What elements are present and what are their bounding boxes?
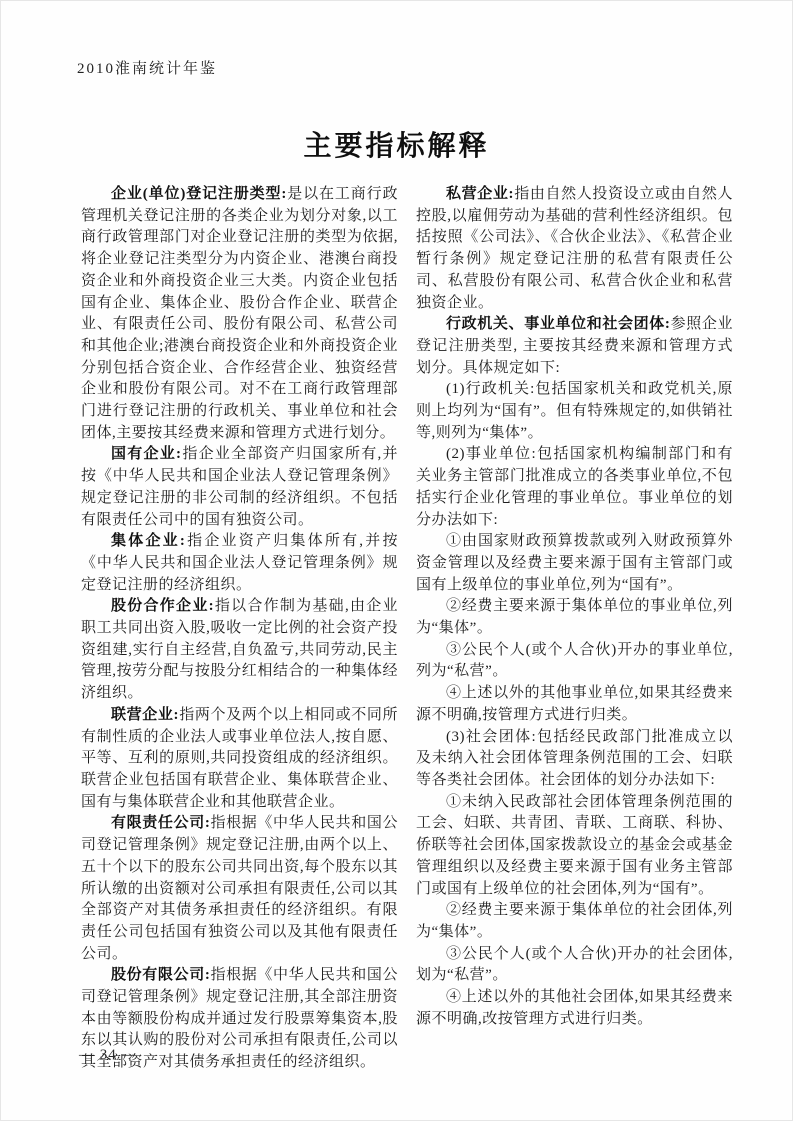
paragraph-heading: 行政机关、事业单位和社会团体: (446, 316, 670, 332)
paragraph: 股份合作企业:指以合作制为基础,由企业职工共同出资入股,吸收一定比例的社会资产投… (81, 596, 398, 705)
paragraph: 企业(单位)登记注册类型:是以在工商行政管理机关登记注册的各类企业为划分对象,以… (81, 184, 398, 444)
paragraph-heading: 股份有限公司: (111, 967, 210, 983)
running-header: 2010淮南统计年鉴 (77, 57, 217, 78)
page-title: 主要指标解释 (1, 124, 792, 164)
left-column: 企业(单位)登记注册类型:是以在工商行政管理机关登记注册的各类企业为划分对象,以… (81, 184, 398, 1074)
paragraph-text: (2)事业单位:包括国家机构编制部门和有关业务主管部门批准成立的各类事业单位,不… (416, 446, 733, 527)
paragraph: (2)事业单位:包括国家机构编制部门和有关业务主管部门批准成立的各类事业单位,不… (416, 444, 733, 531)
paragraph-heading: 私营企业: (446, 186, 514, 202)
paragraph-text: ③公民个人(或个人合伙)开办的社会团体,划为“私营”。 (416, 946, 733, 984)
paragraph-text: 指根据《中华人民共和国公司登记管理条例》规定登记注册,由两个以上、五十个以下的股… (81, 815, 398, 961)
paragraph-text: 是以在工商行政管理机关登记注册的各类企业为划分对象,以工商行政管理部门对企业登记… (81, 186, 398, 441)
right-column: 私营企业:指由自然人投资设立或由自然人控股,以雇佣劳动为基础的营利性经济组织。包… (416, 184, 733, 1074)
paragraph: 联营企业:指两个及两个以上相同或不同所有制性质的企业法人或事业单位法人,按自愿、… (81, 705, 398, 814)
page-number: — 34 — (79, 1047, 138, 1064)
paragraph: ④上述以外的其他社会团体,如果其经费来源不明确,改按管理方式进行归类。 (416, 987, 733, 1030)
paragraph: 国有企业:指企业全部资产归国家所有,并按《中华人民共和国企业法人登记管理条例》规… (81, 444, 398, 531)
paragraph: 集体企业:指企业资产归集体所有,并按《中华人民共和国企业法人登记管理条例》规定登… (81, 531, 398, 596)
paragraph-text: ④上述以外的其他社会团体,如果其经费来源不明确,改按管理方式进行归类。 (416, 989, 733, 1027)
paragraph: ③公民个人(或个人合伙)开办的事业单位,列为“私营”。 (416, 640, 733, 683)
paragraph: ②经费主要来源于集体单位的社会团体,列为“集体”。 (416, 900, 733, 943)
paragraph-heading: 有限责任公司: (111, 815, 210, 831)
paragraph-heading: 股份合作企业: (111, 598, 214, 614)
paragraph-text: ①由国家财政预算拨款或列入财政预算外资金管理以及经费主要来源于国有主管部门或国有… (416, 533, 733, 592)
paragraph: 行政机关、事业单位和社会团体:参照企业登记注册类型, 主要按其经费来源和管理方式… (416, 314, 733, 379)
paragraph: ③公民个人(或个人合伙)开办的社会团体,划为“私营”。 (416, 944, 733, 987)
paragraph: ①由国家财政预算拨款或列入财政预算外资金管理以及经费主要来源于国有主管部门或国有… (416, 531, 733, 596)
paragraph-text: ②经费主要来源于集体单位的事业单位,列为“集体”。 (416, 598, 733, 636)
paragraph-text: 指由自然人投资设立或由自然人控股,以雇佣劳动为基础的营利性经济组织。包括按照《公… (416, 186, 733, 311)
yearbook-page: 2010淮南统计年鉴 主要指标解释 企业(单位)登记注册类型:是以在工商行政管理… (0, 0, 793, 1121)
paragraph: ②经费主要来源于集体单位的事业单位,列为“集体”。 (416, 596, 733, 639)
content-area: 企业(单位)登记注册类型:是以在工商行政管理机关登记注册的各类企业为划分对象,以… (81, 184, 733, 1074)
paragraph-heading: 集体企业: (111, 533, 185, 549)
paragraph: (1)行政机关:包括国家机关和政党机关,原则上均列为“国有”。但有特殊规定的,如… (416, 379, 733, 444)
paragraph-text: ①未纳入民政部社会团体管理条例范围的工会、妇联、共青团、青联、工商联、科协、侨联… (416, 794, 733, 897)
paragraph-text: (1)行政机关:包括国家机关和政党机关,原则上均列为“国有”。但有特殊规定的,如… (416, 381, 733, 440)
paragraph: 有限责任公司:指根据《中华人民共和国公司登记管理条例》规定登记注册,由两个以上、… (81, 813, 398, 965)
paragraph-text: ②经费主要来源于集体单位的社会团体,列为“集体”。 (416, 902, 733, 940)
paragraph-text: ④上述以外的其他事业单位,如果其经费来源不明确,按管理方式进行归类。 (416, 685, 733, 723)
paragraph: 私营企业:指由自然人投资设立或由自然人控股,以雇佣劳动为基础的营利性经济组织。包… (416, 184, 733, 314)
paragraph-text: ③公民个人(或个人合伙)开办的事业单位,列为“私营”。 (416, 642, 733, 680)
paragraph: ④上述以外的其他事业单位,如果其经费来源不明确,按管理方式进行归类。 (416, 683, 733, 726)
paragraph-heading: 企业(单位)登记注册类型: (111, 186, 287, 202)
paragraph: (3)社会团体:包括经民政部门批准成立以及未纳入社会团体管理条例范围的工会、妇联… (416, 727, 733, 792)
paragraph-heading: 联营企业: (111, 707, 179, 723)
paragraph-text: (3)社会团体:包括经民政部门批准成立以及未纳入社会团体管理条例范围的工会、妇联… (416, 729, 733, 788)
paragraph: ①未纳入民政部社会团体管理条例范围的工会、妇联、共青团、青联、工商联、科协、侨联… (416, 792, 733, 901)
paragraph-heading: 国有企业: (111, 446, 182, 462)
